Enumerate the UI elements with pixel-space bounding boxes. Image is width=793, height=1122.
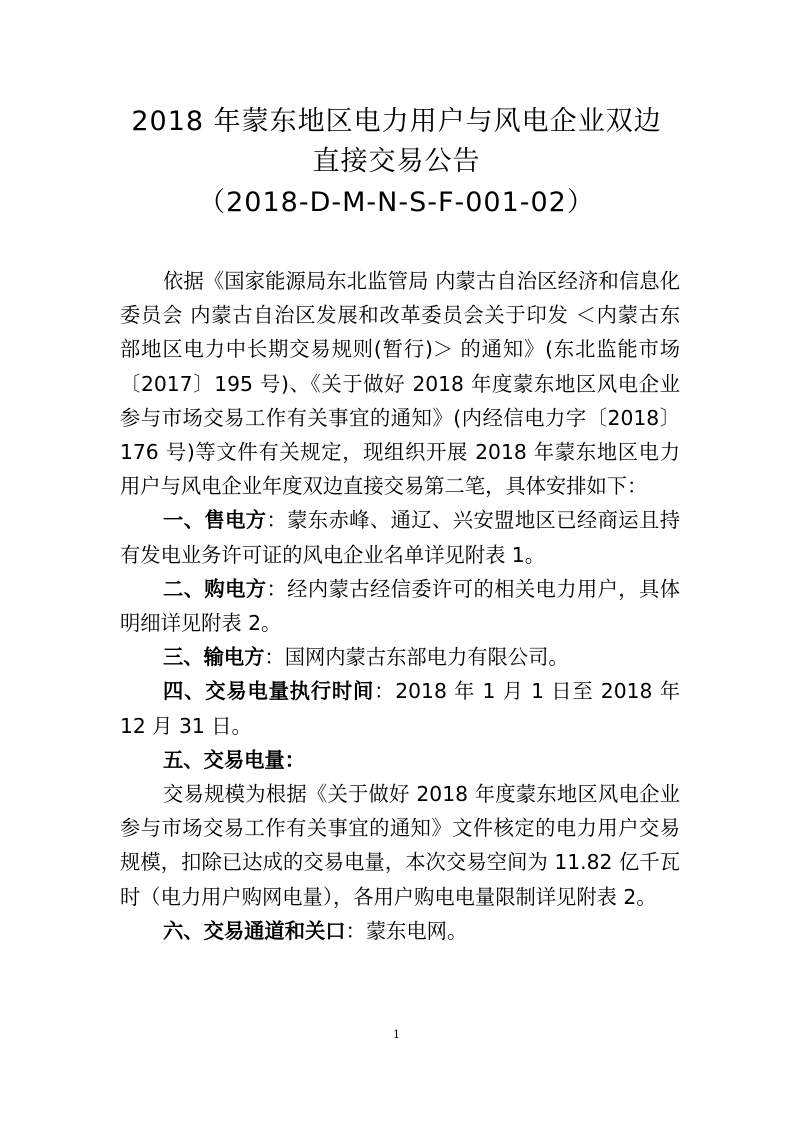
section-heading: 三、输电方 [163,645,264,669]
intro-paragraph: 依据《国家能源局东北监管局 内蒙古自治区经济和信息化委员会 内蒙古自治区发展和改… [120,264,680,503]
title-line-1: 2018 年蒙东地区电力用户与风电企业双边 [0,100,793,144]
section-text: 交易规模为根据《关于做好 2018 年度蒙东地区风电企业参与市场交易工作有关事宜… [120,782,680,909]
section-text: ：蒙东电网。 [346,919,468,943]
section-buyer: 二、购电方：经内蒙古经信委许可的相关电力用户，具体明细详见附表 2。 [120,572,680,640]
section-volume: 五、交易电量： [120,743,680,777]
title-line-2: 直接交易公告 [0,140,793,184]
section-volume-detail: 交易规模为根据《关于做好 2018 年度蒙东地区风电企业参与市场交易工作有关事宜… [120,777,680,914]
section-heading: 一、售电方 [163,508,266,532]
document-page: 2018 年蒙东地区电力用户与风电企业双边 直接交易公告 （2018-D-M-N… [0,0,793,1122]
document-number: （2018-D-M-N-S-F-001-02） [0,181,793,225]
section-heading: 五、交易电量： [163,748,305,772]
section-seller: 一、售电方：蒙东赤峰、通辽、兴安盟地区已经商运且持有发电业务许可证的风电企业名单… [120,503,680,571]
section-execution-time: 四、交易电量执行时间：2018 年 1 月 1 日至 2018 年 12 月 3… [120,674,680,742]
section-heading: 四、交易电量执行时间 [163,679,374,703]
page-number: 1 [0,1028,793,1041]
section-heading: 二、购电方 [163,577,266,601]
section-channel: 六、交易通道和关口：蒙东电网。 [120,914,680,948]
document-body: 依据《国家能源局东北监管局 内蒙古自治区经济和信息化委员会 内蒙古自治区发展和改… [120,264,680,948]
section-text: ：国网内蒙古东部电力有限公司。 [264,645,568,669]
section-transmitter: 三、输电方：国网内蒙古东部电力有限公司。 [120,640,680,674]
section-heading: 六、交易通道和关口 [163,919,346,943]
